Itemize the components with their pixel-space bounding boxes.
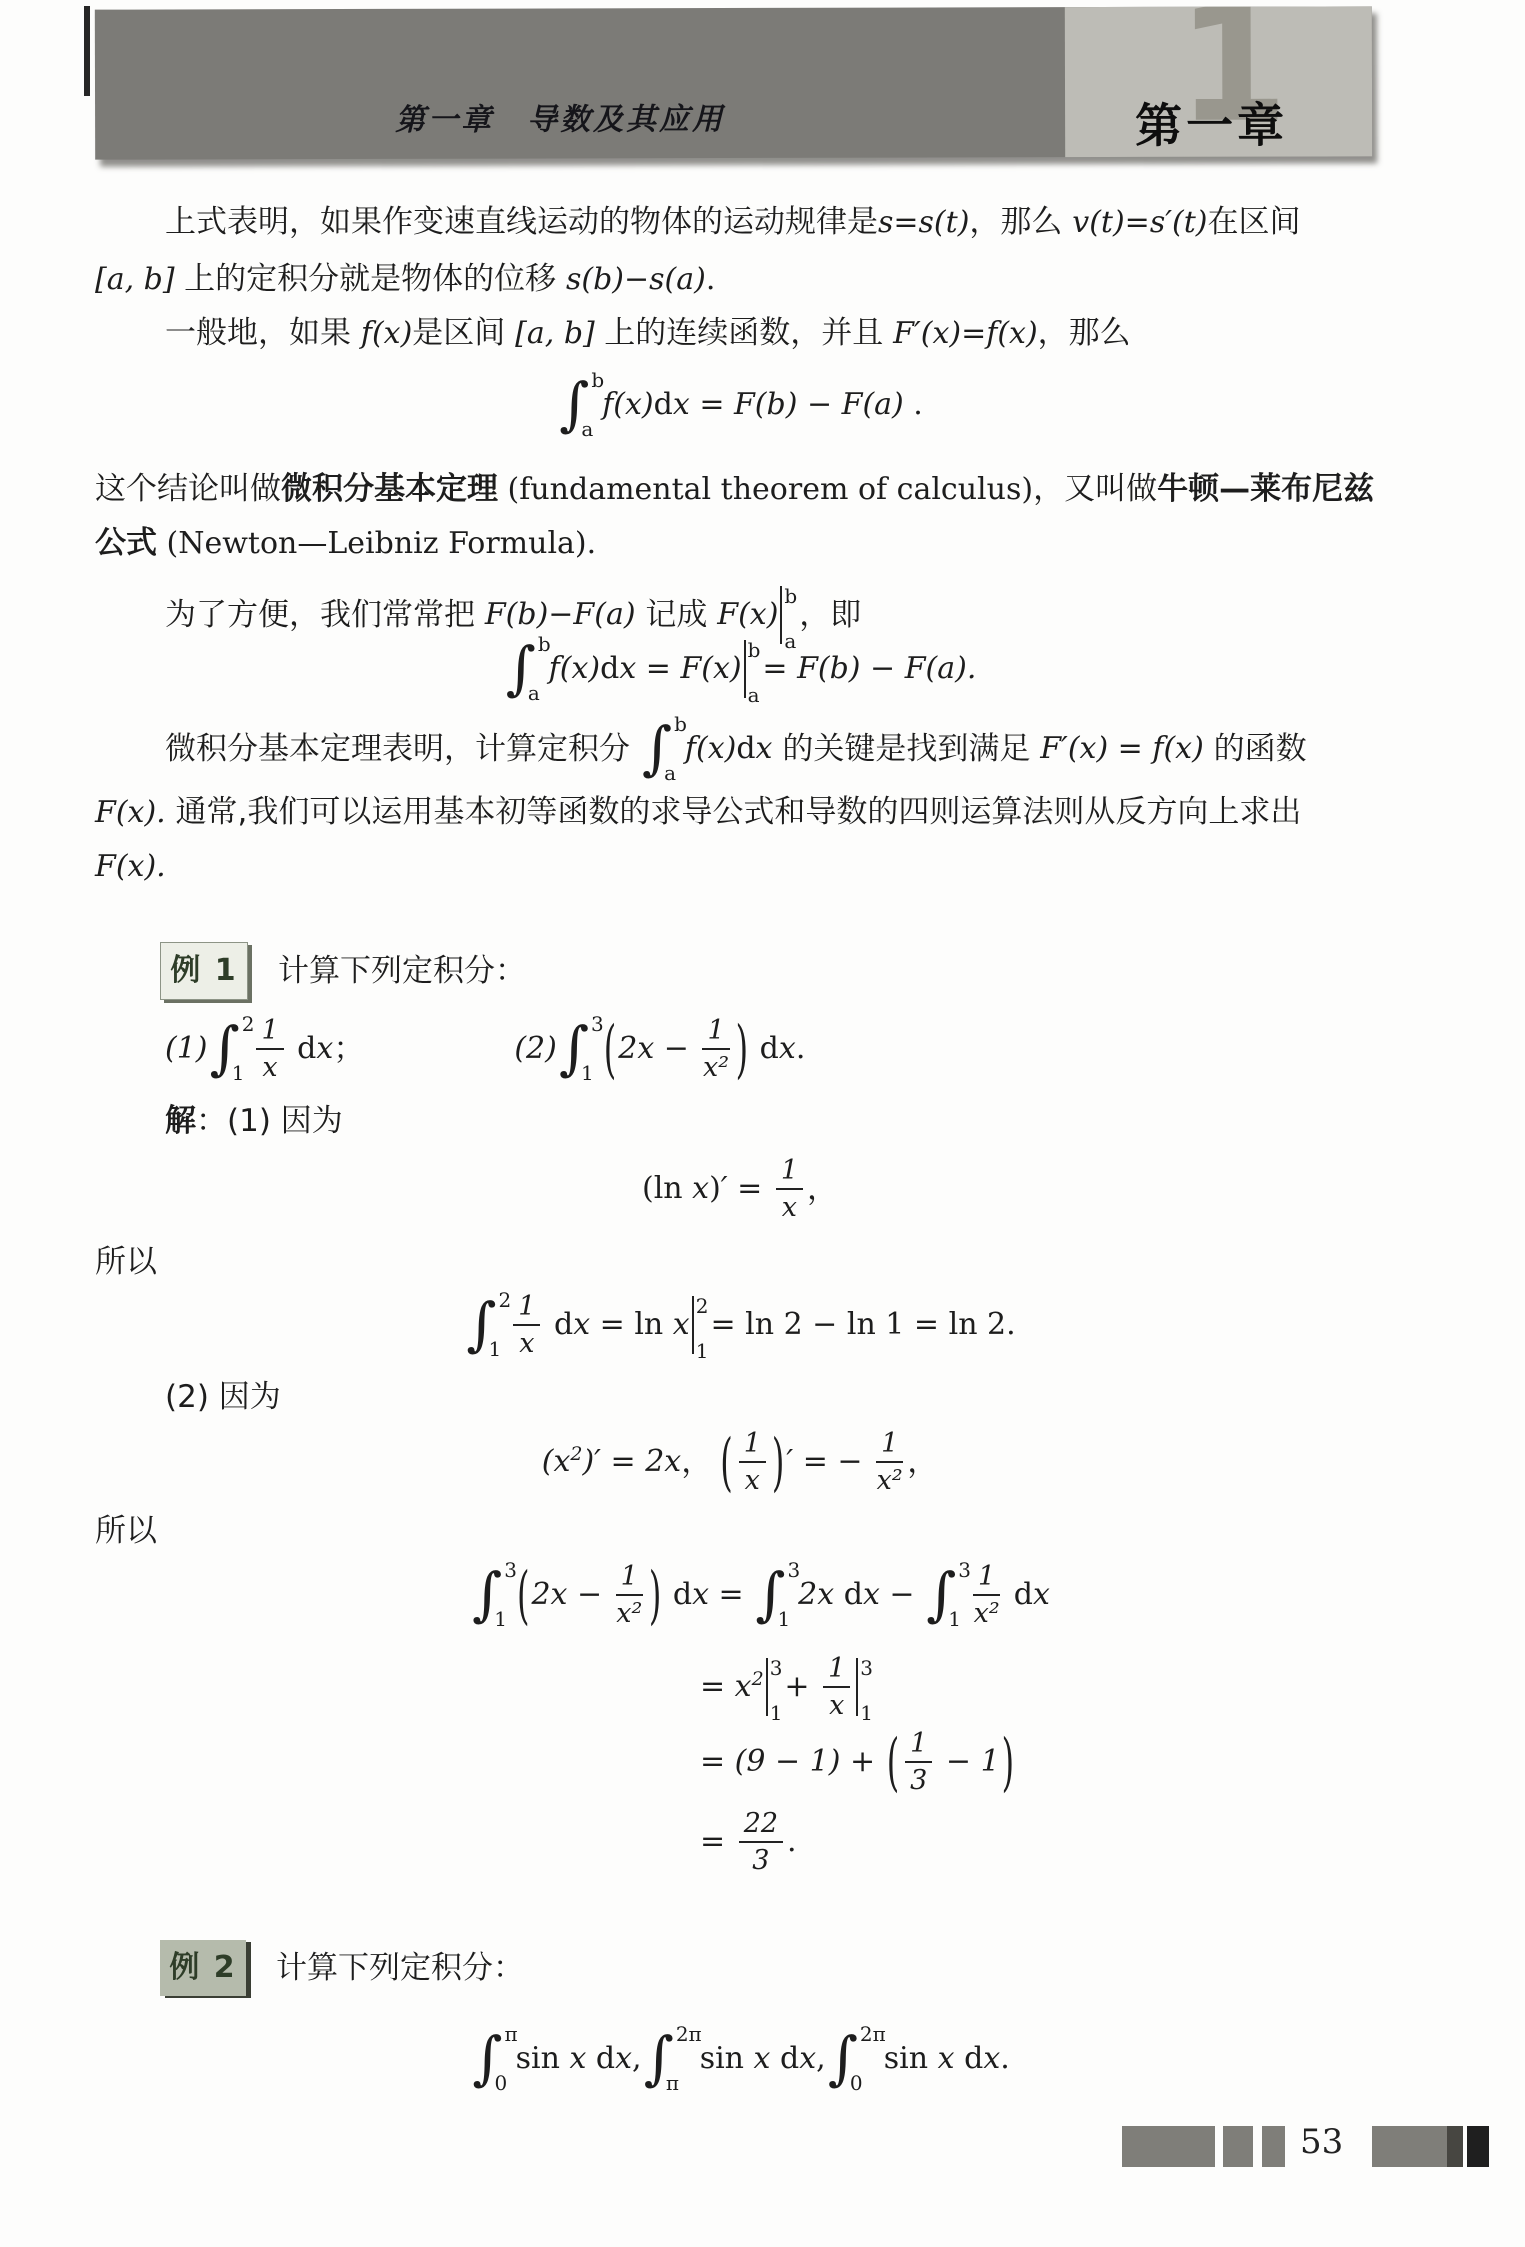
math-integral: ∫21 [466, 1288, 507, 1362]
bold-cjk-text: 牛顿—莱布尼兹 [1157, 470, 1374, 509]
math-integral: ∫ba [559, 368, 600, 442]
footer-block [1467, 2126, 1489, 2167]
evaluation-bar: 31 [856, 1652, 873, 1722]
math-roman-text: d [834, 1576, 863, 1614]
lower-limit: 1 [696, 1339, 709, 1364]
footer-block [1447, 2126, 1463, 2167]
math-roman-text: . [796, 1030, 806, 1068]
denominator: x [782, 1190, 797, 1223]
math-roman-text: d [736, 730, 755, 768]
math-text: x [692, 1170, 709, 1208]
cjk-text: 计算下列定积分： [276, 1949, 524, 1988]
denominator: 3 [752, 1843, 769, 1876]
math-text: x [615, 2040, 632, 2078]
bold-cjk-text: 解 [165, 1102, 196, 1141]
math-text: x [1033, 1576, 1050, 1614]
math-fraction: 1x² [876, 1428, 903, 1496]
upper-limit: 3 [504, 1558, 517, 1583]
upper-limit: b [538, 632, 551, 657]
upper-limit: 3 [860, 1656, 873, 1681]
upper-limit: b [784, 584, 797, 609]
lower-limit: 1 [494, 1607, 507, 1632]
cjk-text: 微积分基本定理表明，计算定积分 [165, 730, 640, 769]
math-text: s=s(t) [878, 204, 969, 242]
lower-limit: π [666, 2071, 692, 2096]
math-roman-text: d [654, 386, 673, 424]
chapter-tab-label: 第一章 [1135, 89, 1288, 156]
math-text: x [754, 2040, 771, 2078]
math-fraction: 13 [905, 1728, 932, 1796]
lower-limit: 1 [948, 1607, 961, 1632]
bar-limits: ba [748, 638, 761, 708]
page-number: 53 [1300, 2122, 1343, 2162]
big-paren: ) [736, 1010, 748, 1088]
upper-limit: π [504, 2022, 517, 2047]
math-roman-text: d [663, 1576, 692, 1614]
cjk-text: ； [333, 1030, 364, 1069]
part-2-because: (2) 因为 [165, 1378, 281, 1417]
upper-limit: 3 [958, 1558, 971, 1583]
numerator: 1 [702, 1015, 729, 1050]
integral-limits: ba [670, 715, 683, 783]
integral-limits: 31 [954, 1561, 967, 1629]
lower-limit: a [748, 683, 761, 708]
para-key-line-3: F(x). [95, 848, 166, 886]
math-text: f(x) [685, 730, 736, 768]
math-fraction: 1x [739, 1428, 766, 1496]
math-text: = F(b) − F(a). [762, 650, 976, 688]
cjk-text: 记成 [636, 596, 718, 635]
lower-limit: 1 [860, 1701, 873, 1726]
para-theorem-name-line-2: 公式 (Newton—Leibniz Formula). [95, 524, 596, 563]
math-roman-text: d [1004, 1576, 1033, 1614]
lower-limit: 1 [777, 1607, 790, 1632]
lower-limit: 1 [581, 1061, 594, 1086]
big-paren: ) [1002, 1723, 1014, 1801]
formula-ln-derivative: (ln x)′ = 1x， [95, 1155, 1385, 1223]
cjk-text: 上式表明，如果作变速直线运动的物体的运动规律是 [165, 203, 878, 242]
integral-limits: 2ππ [672, 2025, 698, 2093]
math-text: x = [573, 1306, 634, 1344]
math-text: x [569, 2040, 586, 2078]
example-badge: 例 1 [160, 942, 248, 1000]
math-text: f(x) [549, 650, 600, 688]
math-text: s(b)−s(a) [566, 261, 706, 299]
chapter-tab: 1 第一章 [1065, 6, 1372, 157]
cjk-text: 计算下列定积分： [278, 952, 526, 991]
lower-limit: a [664, 761, 677, 786]
footer-block [1223, 2126, 1253, 2167]
math-text: [a, b] [95, 261, 184, 299]
math-fraction: 1x² [616, 1561, 643, 1629]
footer-block [1262, 2126, 1285, 2167]
integral-limits: 31 [500, 1561, 513, 1629]
upper-limit: b [674, 712, 687, 737]
lower-limit: 0 [494, 2071, 507, 2096]
suoyi-2: 所以 [95, 1512, 157, 1551]
upper-limit: 2 [499, 1288, 512, 1313]
cjk-text: 上的连续函数，并且 [604, 314, 893, 353]
numerator: 1 [973, 1561, 1000, 1596]
bar-limits: 31 [860, 1656, 873, 1726]
lower-limit: a [528, 681, 541, 706]
suoyi-1: 所以 [95, 1243, 157, 1282]
math-text: + [784, 1668, 819, 1706]
para-general-line: 一般地，如果 f(x)是区间 [a, b] 上的连续函数，并且 F′(x)=f(… [165, 314, 1131, 353]
math-roman-text: , [816, 2040, 826, 2078]
math-integral: ∫2π0 [828, 2022, 882, 2096]
cjk-text: 是区间 [412, 314, 515, 353]
integral-limits: π0 [500, 2025, 513, 2093]
math-fraction: 223 [739, 1808, 783, 1876]
cjk-text: ， [907, 1443, 938, 1482]
math-text: f(x) [602, 386, 653, 424]
example-2-heading: 例 2计算下列定积分： [160, 1940, 524, 1996]
math-text: F′(x)=f(x) [893, 315, 1038, 353]
upper-limit: 2π [676, 2022, 702, 2047]
math-fraction: 1x² [702, 1015, 729, 1083]
cjk-text: ，即 [799, 596, 861, 635]
cjk-text: 这个结论叫做 [95, 470, 281, 509]
spacer [364, 1049, 514, 1050]
numerator: 1 [616, 1561, 643, 1596]
numerator: 22 [739, 1808, 783, 1843]
evaluation-bar: 21 [692, 1290, 709, 1360]
example-badge: 例 2 [160, 1940, 246, 1996]
math-text: x = F(x) [619, 650, 741, 688]
cjk-text: ，那么 [1038, 314, 1131, 353]
math-roman-text: sin [884, 2040, 938, 2078]
math-fraction: 1x [776, 1155, 803, 1223]
math-text: − 1 [936, 1743, 999, 1781]
math-text: x [779, 1030, 796, 1068]
example-1-heading: 例 1计算下列定积分： [160, 942, 526, 1000]
spacer [246, 1968, 276, 1969]
cjk-text: ，又叫做 [1033, 470, 1157, 509]
cjk-text: 一般地，如果 [165, 314, 361, 353]
chapter-header-banner: 第一章 导数及其应用 1 第一章 [95, 6, 1372, 159]
upper-limit: 2 [242, 1012, 255, 1037]
math-text: f(x) [361, 315, 412, 353]
denominator: x² [974, 1596, 1000, 1629]
upper-limit: 2π [860, 2022, 886, 2047]
math-roman-text: d [544, 1306, 573, 1344]
cjk-text: 所以 [95, 1243, 157, 1282]
math-roman-text: ln [634, 1306, 672, 1344]
math-roman-text: (ln [642, 1170, 692, 1208]
bold-cjk-text: 微积分基本定理 [281, 470, 498, 509]
math-integral: ∫ba [642, 712, 683, 786]
denominator: x [829, 1688, 844, 1721]
spacer [712, 1462, 718, 1463]
bar-limits: 31 [770, 1656, 783, 1726]
math-roman-text: d [288, 1030, 317, 1068]
denominator: x [745, 1463, 760, 1496]
big-paren: ) [649, 1556, 661, 1634]
math-text: )′ = 2x [582, 1443, 681, 1481]
math-text: x [756, 730, 773, 768]
math-text: 2x − [618, 1030, 698, 1068]
math-text: = (9 − 1) + [700, 1743, 885, 1781]
upper-limit: 3 [787, 1558, 800, 1583]
math-roman-text: , [632, 2040, 642, 2078]
integral-limits: ba [534, 635, 547, 703]
math-roman-text: (fundamental theorem of calculus) [498, 471, 1033, 509]
numerator: 1 [776, 1155, 803, 1190]
math-roman-text: d [750, 1030, 779, 1068]
para-theorem-name-line-1: 这个结论叫做微积分基本定理 (fundamental theorem of ca… [95, 470, 1374, 509]
math-roman-text: . [706, 261, 716, 299]
math-text: [a, b] [515, 315, 604, 353]
cjk-text: 的函数 [1204, 730, 1307, 769]
math-text: = [700, 1823, 735, 1861]
math-text: v(t)=s′(t) [1072, 204, 1207, 242]
bar-line [744, 640, 746, 698]
math-text: = x2 [700, 1668, 764, 1706]
math-text: x [983, 2040, 1000, 2078]
upper-limit: b [591, 368, 604, 393]
math-integral: ∫31 [926, 1558, 967, 1632]
lower-limit: a [581, 417, 594, 442]
example-1-problems: (1)∫211x dx；(2)∫31(2x − 1x²) dx. [165, 1012, 805, 1086]
cjk-text: 通常,我们可以运用基本初等函数的求导公式和导数的四则运算法则从反方向上求出 [166, 793, 1302, 832]
cjk-text: 在区间 [1208, 203, 1301, 242]
evaluation-bar: ba [744, 634, 761, 704]
integral-limits: 2π0 [856, 2025, 882, 2093]
denominator: x² [877, 1463, 903, 1496]
math-text: F(x) [717, 596, 778, 634]
math-integral: ∫31 [472, 1558, 513, 1632]
math-integral: ∫21 [210, 1012, 251, 1086]
math-text: x = F(b) − F(a) [673, 386, 904, 424]
formula-eval: = x231+ 1x31 [700, 1652, 875, 1722]
numerator: 1 [876, 1428, 903, 1463]
math-fraction: 1x [513, 1291, 540, 1359]
para-key-line-2: F(x). 通常,我们可以运用基本初等函数的求导公式和导数的四则运算法则从反方向… [95, 793, 1301, 832]
formula-result: = 223. [700, 1808, 797, 1876]
math-integral: ∫2ππ [644, 2022, 698, 2096]
numerator: 1 [513, 1291, 540, 1326]
para-key-line-1: 微积分基本定理表明，计算定积分 ∫baf(x)dx 的关键是找到满足 F′(x)… [165, 712, 1307, 786]
big-paren: ( [604, 1010, 616, 1088]
numerator: 1 [905, 1728, 932, 1763]
cjk-text: 为了方便，我们常常把 [165, 596, 485, 635]
math-superscript: 2 [570, 1443, 582, 1465]
denominator: x² [616, 1596, 642, 1629]
formula-ftc-bar: ∫baf(x)dx = F(x)ba= F(b) − F(a). [95, 632, 1385, 706]
math-text: F(x). [95, 794, 166, 832]
formula-arithmetic: = (9 − 1) + (13 − 1) [700, 1728, 1016, 1796]
math-roman-text: d [600, 650, 619, 688]
math-roman-text: = ln 2 − ln 1 = ln 2. [710, 1306, 1015, 1344]
denominator: x [519, 1326, 534, 1359]
cjk-text: ：(1) 因为 [196, 1102, 343, 1141]
lower-limit: 1 [770, 1701, 783, 1726]
bold-cjk-text: 公式 [95, 524, 157, 563]
math-text: (x2 [542, 1443, 583, 1481]
cjk-text: 的关键是找到满足 [772, 730, 1040, 769]
bar-line [766, 1658, 768, 1716]
cjk-text: (2) 因为 [165, 1378, 281, 1417]
math-text: ′ = [721, 1170, 772, 1208]
denominator: x² [703, 1050, 729, 1083]
math-text: x = [692, 1576, 753, 1614]
cjk-text: ， [681, 1443, 712, 1482]
math-roman-text: d [955, 2040, 984, 2078]
bar-line [692, 1296, 694, 1354]
math-integral: ∫31 [559, 1012, 600, 1086]
math-text: F′(x) = f(x) [1040, 730, 1204, 768]
denominator: x [262, 1050, 277, 1083]
math-text: ′ = − [786, 1443, 872, 1481]
math-roman-text: d [586, 2040, 615, 2078]
denominator: 3 [910, 1763, 927, 1796]
lower-limit: 1 [489, 1337, 502, 1362]
bar-limits: 21 [696, 1294, 709, 1364]
cjk-text: ，那么 [969, 203, 1072, 242]
math-text: F(b)−F(a) [485, 596, 636, 634]
footer-block [1372, 2126, 1447, 2167]
big-paren: ( [887, 1723, 899, 1801]
math-integral: ∫ba [506, 632, 547, 706]
numerator: 1 [739, 1428, 766, 1463]
spacer [248, 971, 278, 972]
numerator: 1 [823, 1653, 850, 1688]
math-integral: ∫31 [755, 1558, 796, 1632]
big-paren: ( [517, 1556, 529, 1634]
integral-limits: ba [587, 371, 600, 439]
evaluation-bar: 31 [766, 1652, 783, 1722]
upper-limit: b [748, 638, 761, 663]
math-integral: ∫π0 [472, 2022, 513, 2096]
para-motion-line-2: [a, b] 上的定积分就是物体的位移 s(b)−s(a). [95, 260, 715, 299]
lower-limit: 0 [850, 2071, 876, 2096]
integral-limits: 31 [783, 1561, 796, 1629]
math-roman-text: . [904, 386, 923, 424]
bar-line [856, 1658, 858, 1716]
integral-limits: 21 [495, 1291, 508, 1359]
math-roman-text: d [770, 2040, 799, 2078]
math-text: (1) [165, 1030, 208, 1068]
example-2-problems: ∫π0sin x dx,∫2ππsin x dx,∫2π0sin x dx. [95, 2022, 1385, 2096]
math-fraction: 1x [256, 1015, 283, 1083]
math-text: 2x [798, 1576, 834, 1614]
upper-limit: 2 [696, 1294, 709, 1319]
solution-line: 解：(1) 因为 [165, 1102, 343, 1141]
formula-ftc: ∫baf(x)dx = F(b) − F(a) . [95, 368, 1385, 442]
math-text: (2) [514, 1030, 557, 1068]
math-roman-text: sin [700, 2040, 754, 2078]
formula-split: ∫31(2x − 1x²) dx = ∫312x dx − ∫311x² dx [470, 1558, 1050, 1632]
footer-block [1122, 2126, 1215, 2167]
big-paren: ( [720, 1423, 732, 1501]
math-roman-text: . [1000, 2040, 1010, 2078]
para-motion-line-1: 上式表明，如果作变速直线运动的物体的运动规律是s=s(t)，那么 v(t)=s′… [165, 203, 1301, 242]
lower-limit: 1 [232, 1061, 245, 1086]
big-paren: ) [772, 1423, 784, 1501]
math-text: x [938, 2040, 955, 2078]
numerator: 1 [256, 1015, 283, 1050]
math-text: x [799, 2040, 816, 2078]
integral-limits: 31 [587, 1015, 600, 1083]
integral-limits: 21 [238, 1015, 251, 1083]
math-text: x [316, 1030, 333, 1068]
cjk-text: 上的定积分就是物体的位移 [184, 260, 566, 299]
math-text: F(x). [95, 848, 166, 886]
math-text: x [673, 1306, 690, 1344]
upper-limit: 3 [591, 1012, 604, 1037]
print-registration-mark [84, 6, 90, 96]
cjk-text: ， [807, 1170, 838, 1209]
math-fraction: 1x² [973, 1561, 1000, 1629]
math-roman-text: . [787, 1823, 797, 1861]
math-text: 2x − [531, 1576, 611, 1614]
math-text: x − [863, 1576, 924, 1614]
math-fraction: 1x [823, 1653, 850, 1721]
chapter-title: 第一章 导数及其应用 [395, 94, 725, 139]
cjk-text: 所以 [95, 1512, 157, 1551]
math-roman-text: ) [709, 1170, 721, 1208]
math-roman-text: (Newton—Leibniz Formula). [157, 525, 596, 563]
upper-limit: 3 [770, 1656, 783, 1681]
formula-integral-1x: ∫211x dx = ln x21= ln 2 − ln 1 = ln 2. [95, 1288, 1385, 1362]
formula-derivatives: (x2)′ = 2x，(1x)′ = − 1x²， [95, 1428, 1385, 1496]
math-roman-text: sin [516, 2040, 570, 2078]
math-superscript: 2 [752, 1668, 764, 1690]
